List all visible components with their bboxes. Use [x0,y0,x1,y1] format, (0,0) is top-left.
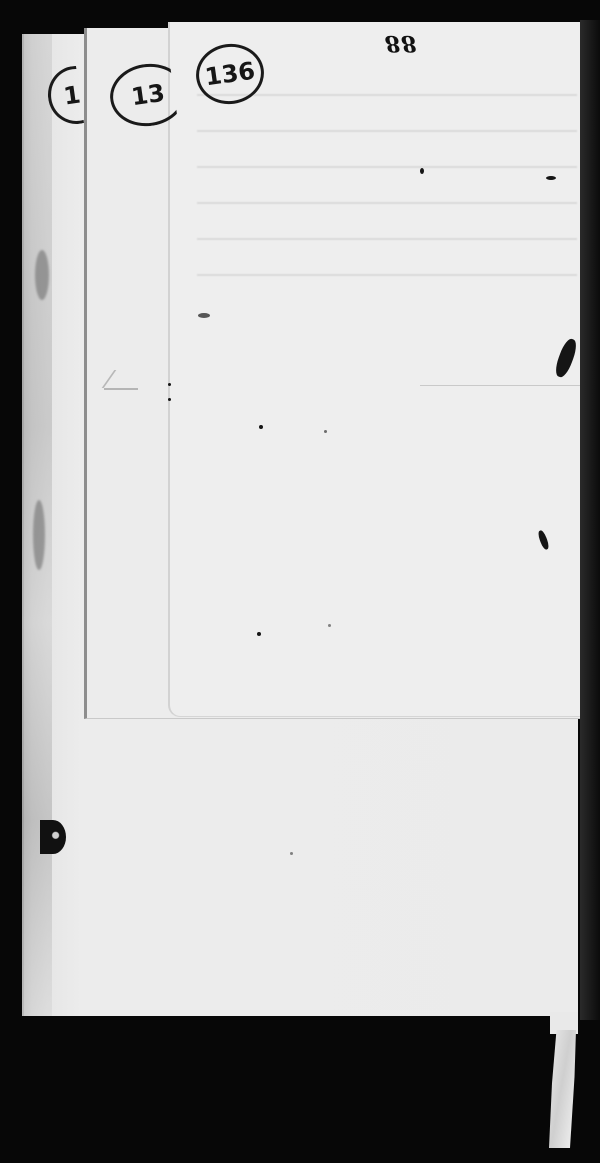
dark-margin [580,20,600,1020]
page-number-mark: 88 [385,30,418,56]
triangle-mark-icon [104,368,138,390]
fold-line [420,385,582,386]
binding-clip-icon [40,820,66,854]
smudge [35,250,49,300]
ink-spot [257,632,261,636]
ink-spot [290,852,293,855]
ink-spot [259,425,263,429]
ink-spot [328,624,331,627]
bleed-through-text [197,60,577,300]
ink-spot [324,430,327,433]
ink-spot [168,383,171,386]
ink-spot [198,313,210,318]
smudge [33,500,45,570]
ink-spot [420,168,424,174]
front-leaf [168,22,584,717]
ink-spot [546,176,556,180]
ink-spot [168,398,171,401]
